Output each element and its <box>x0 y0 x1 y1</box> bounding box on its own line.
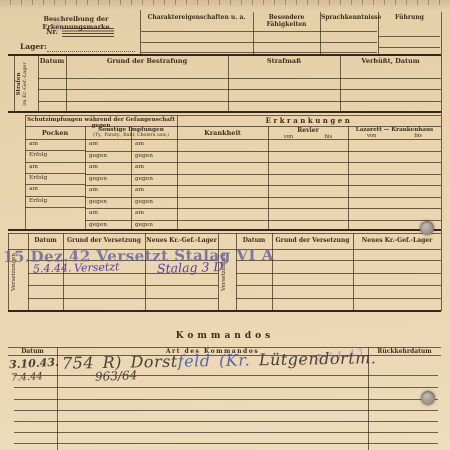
card-top-perforation <box>0 0 450 5</box>
kommando-row2-date: 7.4.44 <box>11 371 43 384</box>
punch-hole <box>420 221 434 235</box>
transfers-left-col-newcamp: Neues Kr.-Gef.-Lager <box>145 237 218 244</box>
ruled-line <box>57 432 438 433</box>
section-border <box>8 111 441 113</box>
ruled-line <box>57 421 438 422</box>
vaccinations-other-rows-b: am gegen am gegen am gegen am gegen <box>131 140 177 231</box>
ruled-line <box>14 421 57 422</box>
ruled-line <box>379 47 440 48</box>
transfers-right-col-reason: Grund der Versetzung <box>272 237 353 244</box>
transfer-entry-reason: Versetzt <box>74 260 120 275</box>
punishments-side-label: Strafen im Kr.-Gef.-Lager <box>16 57 40 111</box>
vaccinations-col-other: Sonstige Impfungen (Ty., Paraty., Ruhr, … <box>85 127 177 138</box>
transfers-right-col-date: Datum <box>236 237 272 244</box>
ruled-line <box>141 42 377 43</box>
traits-col-conduct: Führung <box>379 14 440 21</box>
ruled-line <box>14 443 57 444</box>
vaccinations-smallpox-rows: am Erfolg am Erfolg am Erfolg <box>25 140 85 208</box>
pow-record-card: Beschreibung der Erkennungsmarke Nr. Lag… <box>0 0 450 450</box>
section-border <box>8 310 441 312</box>
section-border <box>8 229 441 231</box>
transfers-right-col-newcamp: Neues Kr.-Gef.-Lager <box>353 237 441 244</box>
traits-col-abilities: Besondere Fähigkeiten <box>254 14 319 28</box>
illnesses-col-hospital: Lazarett — Krankenhaus von bis <box>348 127 441 139</box>
vaccinations-other-rows-a: am gegen am gegen am gegen am gegen <box>85 140 131 231</box>
kommandos-col-date: Datum <box>8 348 57 355</box>
ruled-line <box>141 52 377 53</box>
transfers-left-col-date: Datum <box>28 237 63 244</box>
ruled-line <box>8 233 441 234</box>
kommando-row2-type: 963/64 <box>95 368 138 383</box>
illnesses-empty-rows <box>177 140 441 231</box>
kommandos-title: Kommandos <box>0 331 450 341</box>
idbox-lager-label: Lager: <box>20 42 47 51</box>
ink-smudge <box>50 18 64 34</box>
traits-col-character: Charaktereigenschaften u. a. <box>141 14 252 21</box>
kommandos-col-return: Rückkehrdatum <box>368 348 441 355</box>
illnesses-col-disease: Krankheit <box>177 129 268 137</box>
punishments-col-date: Datum <box>38 57 66 65</box>
bis-label: bis <box>414 133 422 139</box>
von-label: von <box>367 133 376 139</box>
ruled-line <box>57 410 438 411</box>
section-border <box>8 54 441 56</box>
ruled-line <box>57 387 438 388</box>
punishments-col-reason: Grund der Bestrafung <box>66 57 228 65</box>
kommando-row1-date: 3.10.43. <box>9 356 59 372</box>
ruled-line <box>57 399 438 400</box>
transfers-left-side-label: Versetzungen <box>11 235 27 309</box>
card-right-border <box>441 12 442 311</box>
traits-col-languages: Sprachkenntnisse <box>321 14 377 21</box>
punishments-empty-rows <box>38 67 441 112</box>
divider <box>14 56 15 112</box>
illnesses-col-sickbay: Revier von bis <box>268 127 348 140</box>
idbox-nr-ruled-lines <box>62 28 114 37</box>
transfer-entry-date: 5.4.44. <box>33 261 72 275</box>
transfers-left-col-reason: Grund der Versetzung <box>63 237 145 244</box>
idbox-lager-dotted-line <box>47 42 135 52</box>
ruled-line <box>14 387 57 388</box>
punch-hole <box>421 391 435 405</box>
ruled-line <box>14 399 57 400</box>
punishments-col-sentence: Strafmaß <box>228 57 340 65</box>
ruled-line <box>57 443 438 444</box>
transfer-entry-newcamp: Stalag 3 D <box>157 259 224 276</box>
vaccinations-col-smallpox: Pocken <box>25 129 85 137</box>
ruled-line <box>14 432 57 433</box>
illnesses-title: Erkrankungen <box>177 116 441 125</box>
divider <box>8 233 9 311</box>
ruled-line <box>14 410 57 411</box>
ruled-line <box>379 36 440 37</box>
punishments-col-served: Verbüßt, Datum <box>340 57 441 65</box>
ruled-line <box>141 31 377 32</box>
